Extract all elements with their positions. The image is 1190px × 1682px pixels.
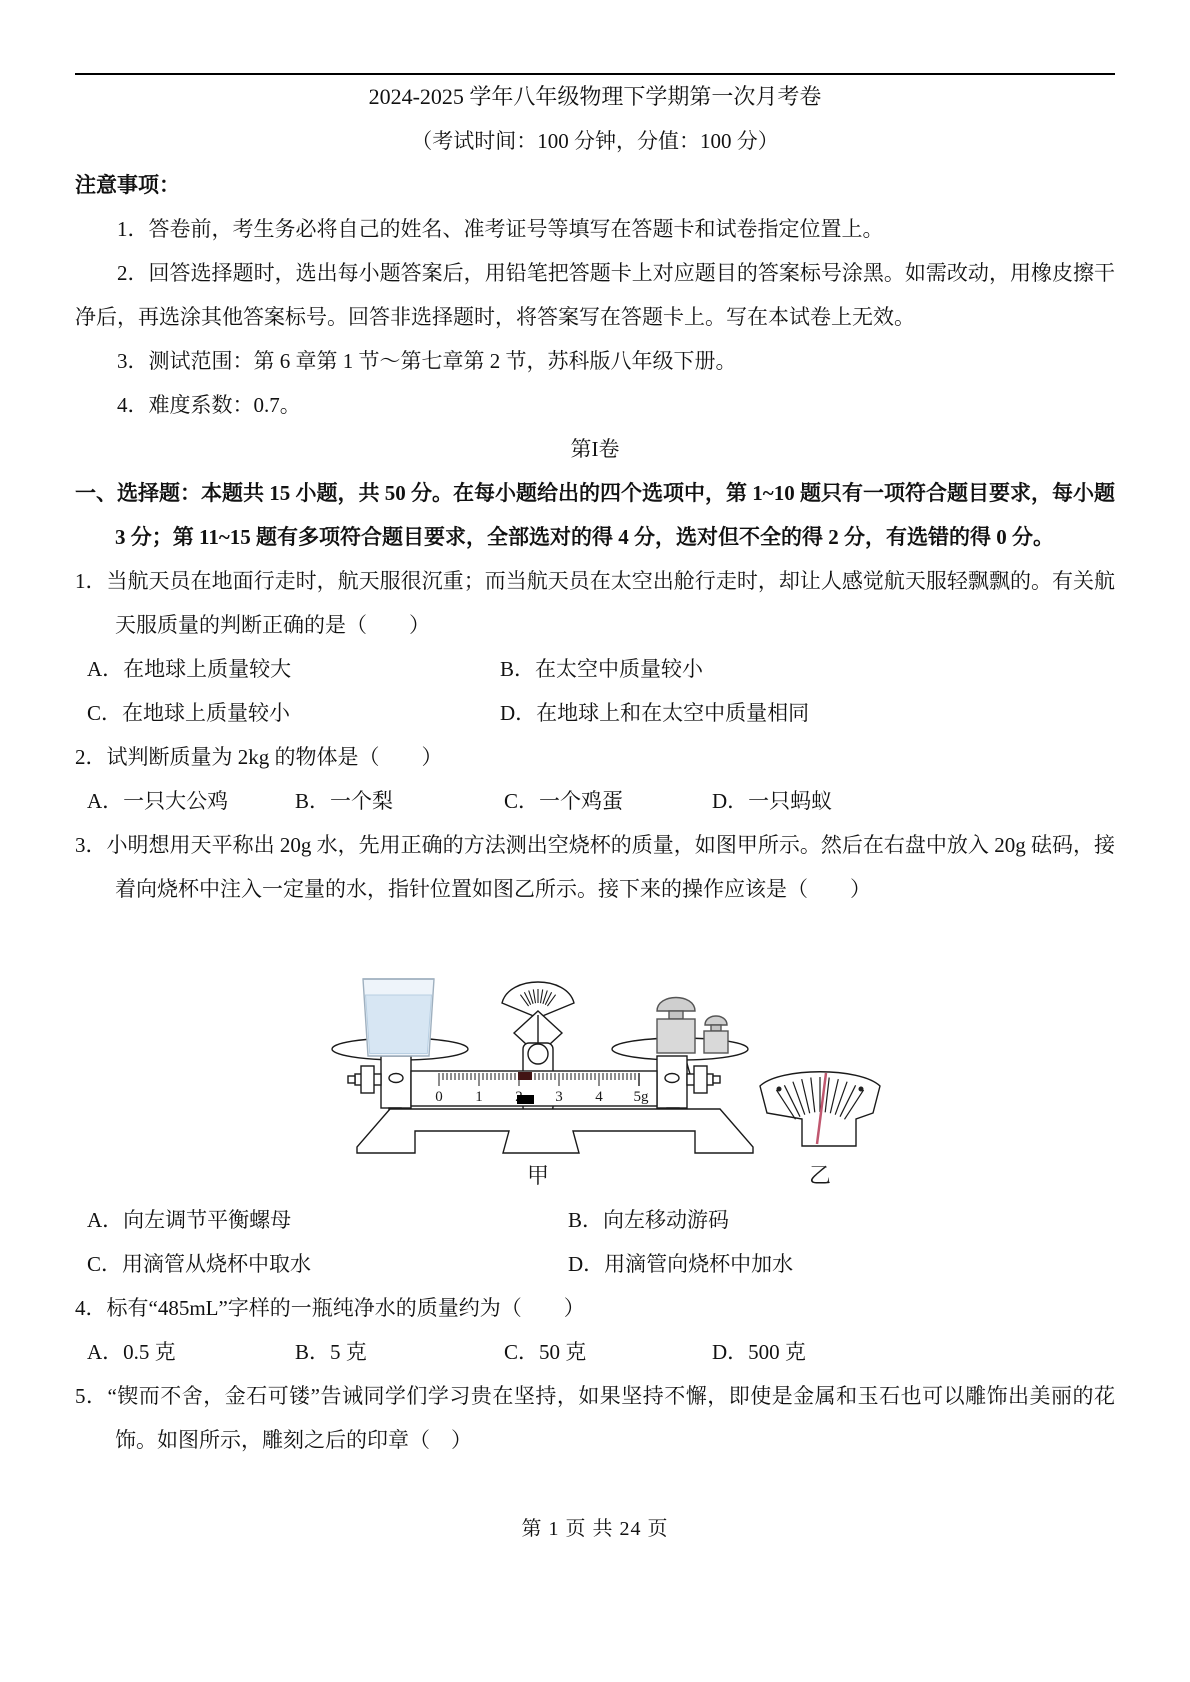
page-title: 2024-2025 学年八年级物理下学期第一次月考卷 (75, 75, 1115, 119)
question-5-text: 5．“锲而不舍，金石可镂”告诫同学们学习贵在坚持，如果坚持不懈，即使是金属和玉石… (75, 1374, 1115, 1462)
question-2-options-row: A．一只大公鸡 B．一个梨 C．一个鸡蛋 D．一只蚂蚁 (87, 779, 1115, 823)
left-balance-nut (361, 1066, 374, 1093)
beam-ruler: 0 1 2 3 4 5g (411, 1071, 657, 1106)
svg-text:4: 4 (595, 1089, 603, 1105)
pivot-hole (528, 1044, 548, 1064)
notice-item-3: 3．测试范围：第 6 章第 1 节～第七章第 2 节，苏科版八年级下册。 (75, 339, 1115, 383)
weights (657, 998, 728, 1054)
page-number: 第 1 页 共 24 页 (75, 1512, 1115, 1541)
rider (517, 1095, 534, 1104)
question-3-options-row-2: C．用滴管从烧杯中取水 D．用滴管向烧杯中加水 (87, 1242, 1115, 1286)
dial-left-dot (777, 1087, 782, 1092)
option-q2-c: C．一个鸡蛋 (504, 779, 712, 823)
right-balance-nut (694, 1066, 707, 1093)
option-q3-a: A．向左调节平衡螺母 (87, 1198, 568, 1242)
balance-scale-figure: 0 1 2 3 4 5g (305, 961, 885, 1198)
part-label: 第I卷 (75, 427, 1115, 471)
question-2-text: 2．试判断质量为 2kg 的物体是（ ） (75, 735, 1115, 779)
notice-item-2: 2．回答选择题时，选出每小题答案后，用铅笔把答题卡上对应题目的答案标号涂黑。如需… (75, 251, 1115, 339)
option-q4-d: D．500 克 (712, 1330, 1115, 1374)
dial-right-dot (859, 1087, 864, 1092)
svg-text:1: 1 (475, 1089, 483, 1105)
svg-text:5g: 5g (634, 1089, 650, 1105)
notice-item-4: 4．难度系数：0.7。 (75, 383, 1115, 427)
exam-subtitle: （考试时间：100 分钟，分值：100 分） (75, 119, 1115, 163)
option-q3-c: C．用滴管从烧杯中取水 (87, 1242, 568, 1286)
figure-caption-yi: 乙 (809, 1163, 831, 1188)
option-q2-d: D．一只蚂蚁 (712, 779, 1115, 823)
option-q3-b: B．向左移动游码 (568, 1198, 1115, 1242)
question-4-text: 4．标有“485mL”字样的一瓶纯净水的质量约为（ ） (75, 1286, 1115, 1330)
option-q2-b: B．一个梨 (295, 779, 504, 823)
rider-upper-mark (518, 1072, 532, 1080)
beaker (363, 979, 434, 1056)
question-1-text: 1．当航天员在地面行走时，航天服很沉重；而当航天员在太空出舱行走时，却让人感觉航… (75, 559, 1115, 647)
option-q4-b: B．5 克 (295, 1330, 504, 1374)
option-q4-c: C．50 克 (504, 1330, 712, 1374)
question-4-options-row: A．0.5 克 B．5 克 C．50 克 D．500 克 (87, 1330, 1115, 1374)
question-3-text: 3．小明想用天平称出 20g 水，先用正确的方法测出空烧杯的质量，如图甲所示。然… (75, 823, 1115, 911)
svg-text:3: 3 (555, 1089, 563, 1105)
weight-large (657, 1019, 695, 1053)
svg-text:0: 0 (435, 1089, 443, 1105)
question-1-options-row-1: A．在地球上质量较大 B．在太空中质量较小 (87, 647, 1115, 691)
option-q1-d: D．在地球上和在太空中质量相同 (500, 691, 1115, 735)
option-q3-d: D．用滴管向烧杯中加水 (568, 1242, 1115, 1286)
question-3-options-row-1: A．向左调节平衡螺母 B．向左移动游码 (87, 1198, 1115, 1242)
beaker-water (366, 995, 432, 1054)
question-1-options-row-2: C．在地球上质量较小 D．在地球上和在太空中质量相同 (87, 691, 1115, 735)
figure-caption-jia: 甲 (527, 1163, 549, 1188)
option-q1-c: C．在地球上质量较小 (87, 691, 500, 735)
notice-heading: 注意事项： (75, 163, 1115, 207)
notice-item-1: 1．答卷前，考生务必将自己的姓名、准考证号等填写在答题卡和试卷指定位置上。 (75, 207, 1115, 251)
exam-page: 2024-2025 学年八年级物理下学期第一次月考卷 （考试时间：100 分钟，… (0, 0, 1190, 1682)
section-heading: 一、选择题：本题共 15 小题，共 50 分。在每小题给出的四个选项中，第 1~… (75, 471, 1115, 559)
option-q1-a: A．在地球上质量较大 (87, 647, 500, 691)
weight-small-knob (705, 1016, 727, 1025)
pointer-dial (760, 1072, 880, 1146)
weight-large-knob (657, 998, 695, 1012)
option-q4-a: A．0.5 克 (87, 1330, 295, 1374)
balance-base (357, 1109, 753, 1153)
option-q2-a: A．一只大公鸡 (87, 779, 295, 823)
weight-small (704, 1031, 728, 1053)
option-q1-b: B．在太空中质量较小 (500, 647, 1115, 691)
